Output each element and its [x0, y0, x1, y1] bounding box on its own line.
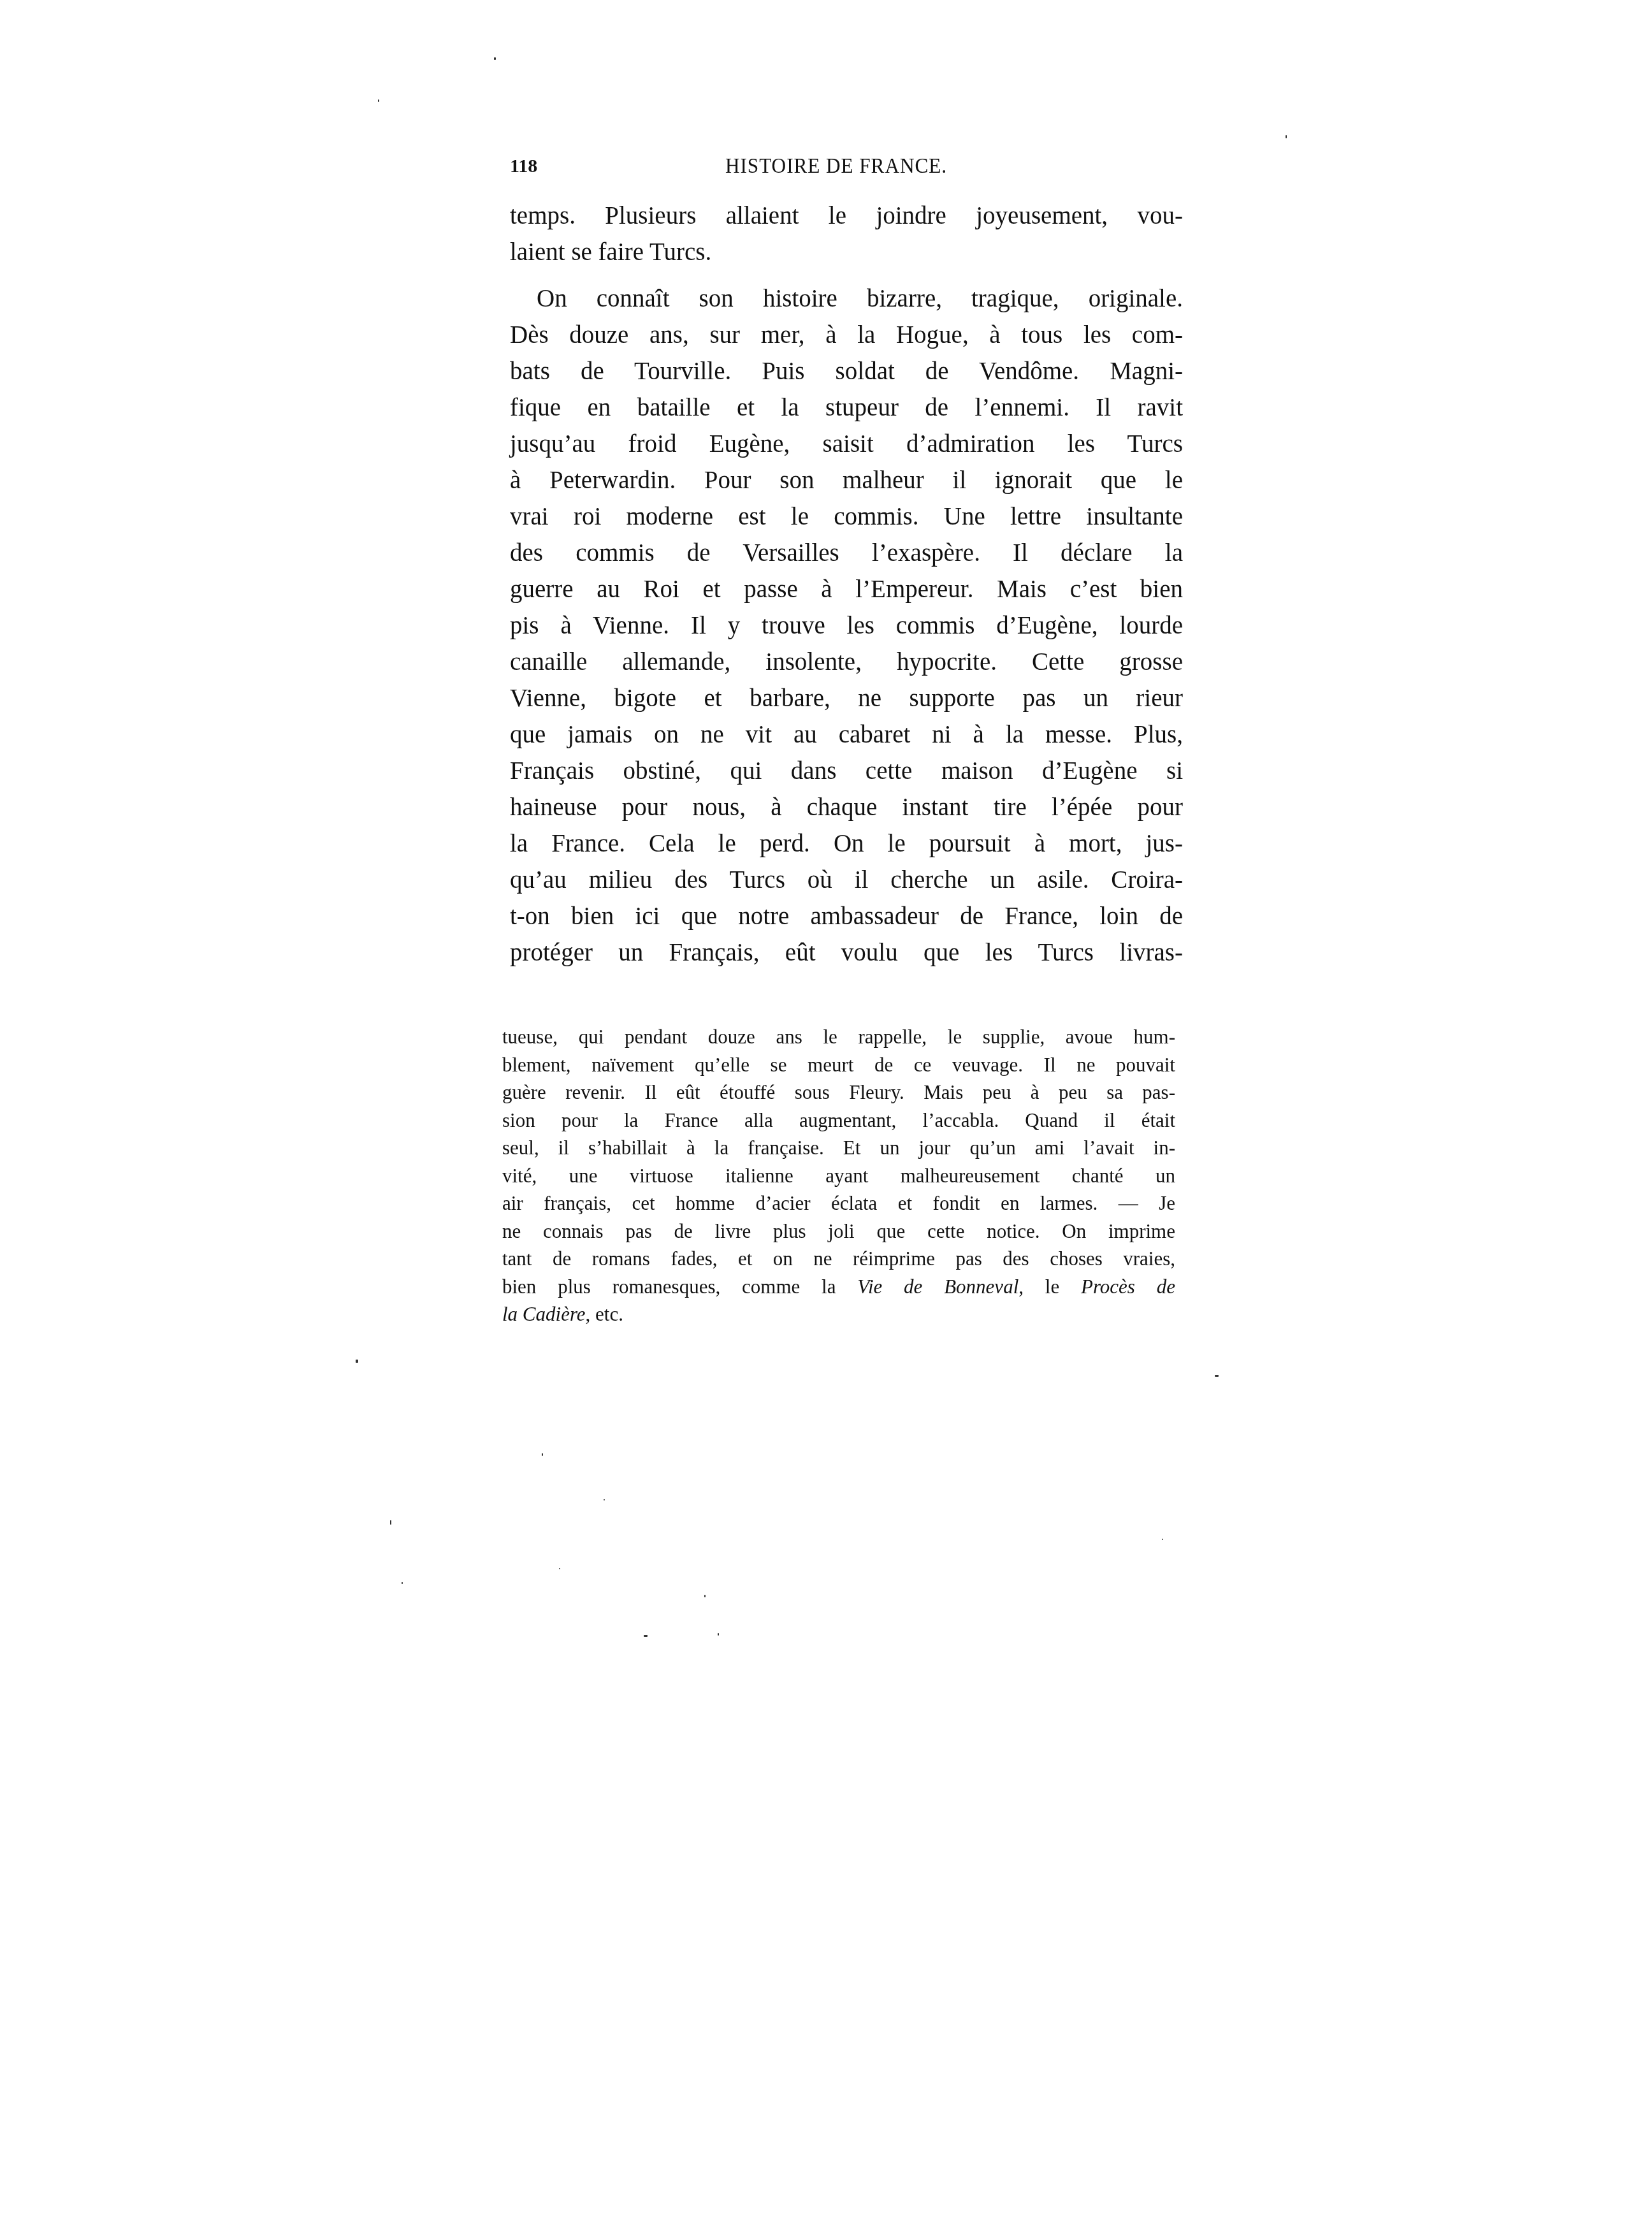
- text-line: On connaît son histoire bizarre, tragiqu…: [510, 280, 1183, 317]
- text-line: fique en bataille et la stupeur de l’enn…: [510, 389, 1183, 426]
- text-line: vrai roi moderne est le commis. Une lett…: [510, 498, 1183, 535]
- scan-speck: [542, 1453, 543, 1456]
- text-line: Français obstiné, qui dans cette maison …: [510, 753, 1183, 789]
- text-line: temps. Plusieurs allaient le joindre joy…: [510, 198, 1183, 234]
- scan-speck: [390, 1520, 391, 1525]
- footnote-text: bien plus romanesques, comme la: [502, 1275, 857, 1298]
- footnote-line: ne connais pas de livre plus joli que ce…: [502, 1217, 1175, 1245]
- scan-speck: [378, 99, 379, 102]
- footnote-line: tueuse, qui pendant douze ans le rappell…: [502, 1023, 1175, 1051]
- running-title: HISTOIRE DE FRANCE.: [725, 152, 947, 181]
- text-line: la France. Cela le perd. On le poursuit …: [510, 825, 1183, 862]
- footnote-line: blement, naïvement qu’elle se meurt de c…: [502, 1051, 1175, 1079]
- footnote-line: sion pour la France alla augmentant, l’a…: [502, 1107, 1175, 1135]
- text-line: qu’au milieu des Turcs où il cherche un …: [510, 862, 1183, 898]
- scan-speck: [1286, 135, 1287, 138]
- text-line: Vienne, bigote et barbare, ne supporte p…: [510, 680, 1183, 716]
- text-line: jusqu’au froid Eugène, saisit d’admirati…: [510, 426, 1183, 462]
- text-line: haineuse pour nous, à chaque instant tir…: [510, 789, 1183, 825]
- paragraph: temps. Plusieurs allaient le joindre joy…: [510, 198, 1183, 270]
- text-line: bats de Tourville. Puis soldat de Vendôm…: [510, 353, 1183, 389]
- footnote-line: guère revenir. Il eût étouffé sous Fleur…: [502, 1078, 1175, 1107]
- footnote-text: , le: [1018, 1275, 1081, 1298]
- footnote-line: seul, il s’habillait à la française. Et …: [502, 1134, 1175, 1162]
- scan-speck: [644, 1635, 648, 1637]
- scan-speck: [402, 1582, 403, 1584]
- footnote-line: vité, une virtuose italienne ayant malhe…: [502, 1162, 1175, 1190]
- text-line: pis à Vienne. Il y trouve les commis d’E…: [510, 607, 1183, 644]
- text-line: laient se faire Turcs.: [510, 234, 1183, 270]
- scan-speck: [559, 1568, 560, 1569]
- text-line: canaille allemande, insolente, hypocrite…: [510, 644, 1183, 680]
- paragraph: On connaît son histoire bizarre, tragiqu…: [510, 280, 1183, 971]
- text-line: des commis de Versailles l’exaspère. Il …: [510, 535, 1183, 571]
- scan-speck: [704, 1595, 706, 1597]
- footnote-line: la Cadière, etc.: [502, 1300, 1175, 1328]
- page-header: 118 HISTOIRE DE FRANCE.: [507, 152, 1183, 181]
- paragraph-gap: [510, 270, 1183, 280]
- text-line: protéger un Français, eût voulu que les …: [510, 934, 1183, 971]
- body-text: temps. Plusieurs allaient le joindre joy…: [510, 198, 1183, 971]
- book-title-proces-de-la-cadiere: la Cadière: [502, 1303, 586, 1325]
- footnote-line: air français, cet homme d’acier éclata e…: [502, 1189, 1175, 1217]
- scan-speck: [494, 57, 496, 60]
- scan-speck: [356, 1360, 358, 1363]
- text-line: Dès douze ans, sur mer, à la Hogue, à to…: [510, 317, 1183, 353]
- text-line: guerre au Roi et passe à l’Empereur. Mai…: [510, 571, 1183, 607]
- footnote: tueuse, qui pendant douze ans le rappell…: [502, 1023, 1175, 1328]
- book-title-vie-de-bonneval: Vie de Bonneval: [857, 1275, 1018, 1298]
- scan-speck: [604, 1499, 605, 1500]
- book-title-proces-de-la-cadiere: Procès de: [1081, 1275, 1175, 1298]
- footnote-line: bien plus romanesques, comme la Vie de B…: [502, 1273, 1175, 1301]
- scan-speck: [1162, 1539, 1163, 1540]
- text-line: que jamais on ne vit au cabaret ni à la …: [510, 716, 1183, 753]
- footnote-line: tant de romans fades, et on ne réimprime…: [502, 1245, 1175, 1273]
- scan-speck: [1215, 1375, 1219, 1377]
- page-number: 118: [510, 152, 537, 181]
- text-line: à Peterwardin. Pour son malheur il ignor…: [510, 462, 1183, 498]
- footnote-text: , etc.: [586, 1303, 623, 1325]
- scan-speck: [718, 1633, 719, 1636]
- text-line: t-on bien ici que notre ambassadeur de F…: [510, 898, 1183, 934]
